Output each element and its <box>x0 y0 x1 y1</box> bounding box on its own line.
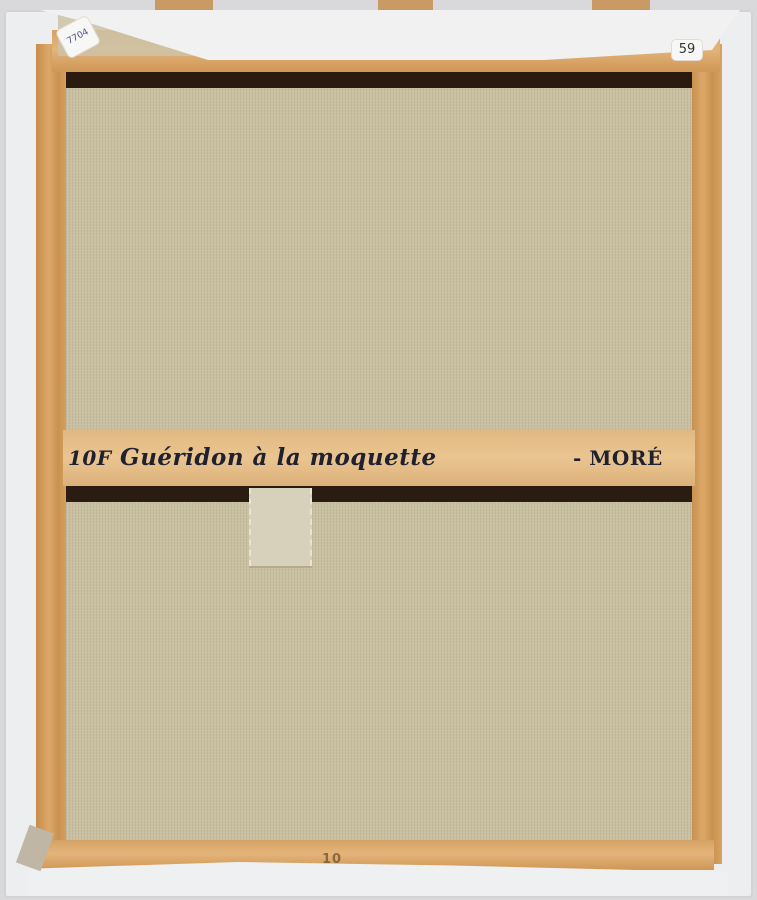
separator-dash: - <box>573 446 582 470</box>
crossbar-shadow <box>66 486 692 502</box>
artist-signature: - MORÉ <box>573 438 663 478</box>
painting-back-photo: 10 10F Guéridon à la moquette - MORÉ 770… <box>0 0 757 900</box>
artist-name: MORÉ <box>589 446 662 470</box>
stretcher-size-stamp: 10 <box>322 852 342 867</box>
lot-number-tag: 59 <box>672 40 702 60</box>
painting-title: Guéridon à la moquette <box>120 444 437 471</box>
linen-repair-patch <box>249 488 312 566</box>
handwritten-inscription: 10F Guéridon à la moquette - MORÉ <box>68 438 668 478</box>
top-inner-shadow <box>66 72 692 88</box>
canvas-size-marking: 10F <box>68 446 112 470</box>
